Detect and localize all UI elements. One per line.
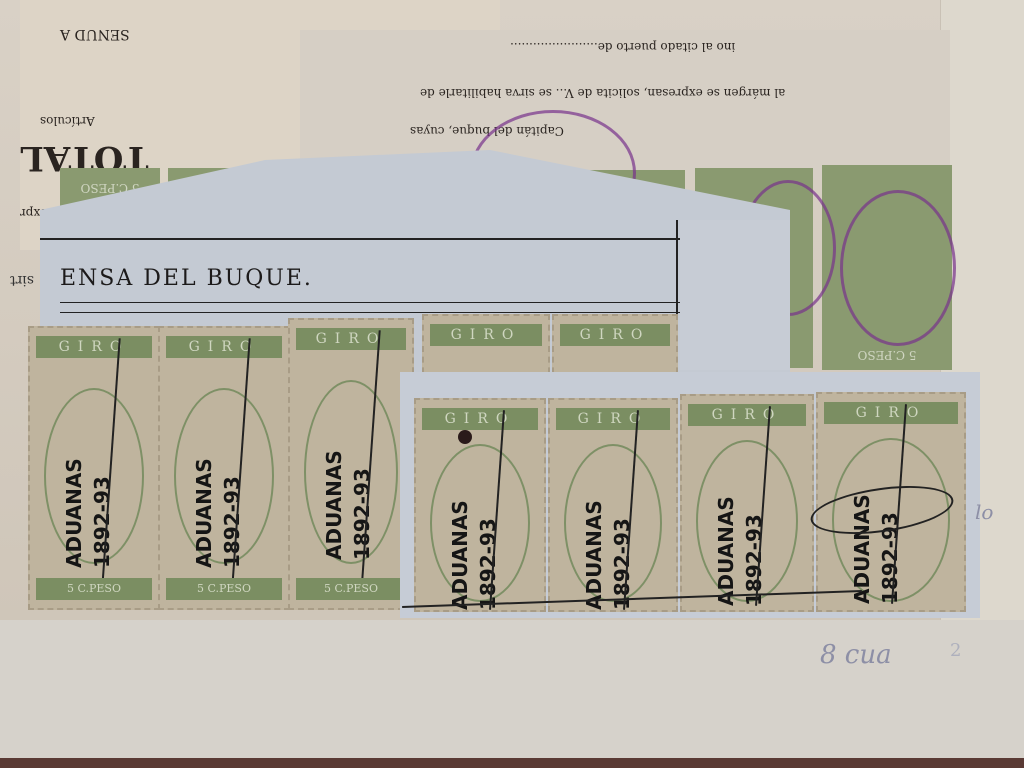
heading-left-fragment: sirt [10,272,34,288]
blue-document-fragment [680,220,790,370]
stamp-top-label: GIRO [36,336,152,358]
pencil-note: 2 [950,640,961,661]
stamp-top-label: GIRO [824,402,958,424]
album-edge [0,758,1024,768]
pencil-note: 8 cua [820,640,892,670]
inverted-line-1: ino al citado puerto de.................… [510,40,735,54]
inverted-small-label: SENUD A [60,26,130,42]
stamp-value-label: 5 C.PESO [296,578,406,600]
document-heading: ENSA DEL BUQUE. [60,266,313,291]
stamp-overprint: ADUANAS [582,440,606,610]
revenue-stamp: GIRO ADUANAS1892-93 5 C.PESO [158,326,290,610]
ruled-line [60,312,680,313]
ruled-line [60,302,680,303]
stamp-top-label: GIRO [560,324,670,346]
stamp-value-label: 5 C.PESO [166,578,282,600]
stamp-top-label: GIRO [556,408,670,430]
stamp-overprint: ADUANAS [192,368,216,568]
violet-cancel-stamp [840,190,956,346]
revenue-stamp: GIRO ADUANAS1892-93 5 C.PESO [288,318,414,610]
revenue-stamp: GIRO ADUANAS1892-93 [414,398,546,612]
stamp-overprint: ADUANAS [322,360,346,560]
stamp-top-label: GIRO [296,328,406,350]
stamp-overprint: ADUANAS [714,436,738,606]
revenue-stamp: GIRO ADUANAS1892-93 [680,394,814,612]
stamp-overprint: ADUANAS [62,368,86,568]
stamp-top-label: GIRO [166,336,282,358]
stamp-overprint: ADUANAS [448,440,472,610]
inverted-line-2: al márgen se expresan, solicita de V... … [420,86,785,100]
ruled-line [40,238,680,240]
inverted-articles-label: Artículos [40,114,95,128]
pencil-note: lo [975,500,993,524]
stamp-value-label: 5 C.PESO [36,578,152,600]
ink-blot [458,430,472,444]
stamp-top-label: GIRO [688,404,806,426]
stamp-top-label: GIRO [422,408,538,430]
revenue-stamp: GIRO ADUANAS1892-93 [548,398,678,612]
revenue-stamp: GIRO ADUANAS1892-93 5 C.PESO [28,326,160,610]
stamp-top-label: GIRO [430,324,542,346]
